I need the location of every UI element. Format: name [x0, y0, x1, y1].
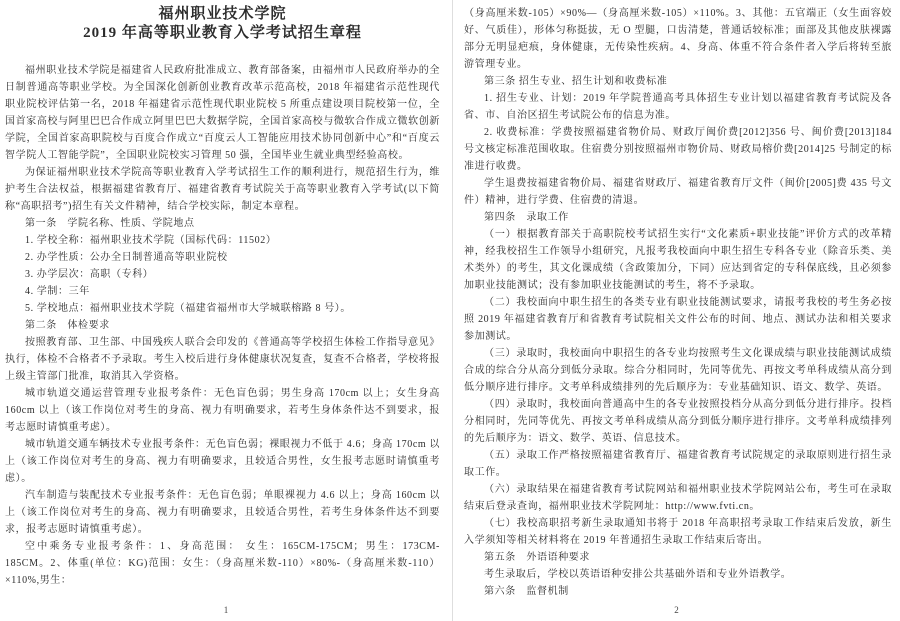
paragraph: 为保证福州职业技术学院高等职业教育入学考试招生工作的顺利进行，规范招生行为，维护…: [5, 164, 440, 215]
paragraph: （七）我校高职招考新生录取通知书将于 2018 年高职招考录取工作结束后发放，新…: [464, 515, 892, 549]
paragraph: 福州职业技术学院是福建省人民政府批准成立、教育部备案，由福州市人民政府举办的全日…: [5, 62, 440, 164]
page-2-number: 2: [453, 605, 900, 615]
paragraph: 按照教育部、卫生部、中国残疾人联合会印发的《普通高等学校招生体检工作指导意见》执…: [5, 334, 440, 385]
paragraph: 5. 学校地点：福州职业技术学院（福建省福州市大学城联榕路 8 号）。: [5, 300, 440, 317]
document-title-line2: 2019 年高等职业教育入学考试招生章程: [5, 24, 440, 43]
paragraph: 考生录取后，学校以英语语种安排公共基础外语和专业外语教学。: [464, 566, 892, 583]
page-1: 福州职业技术学院 2019 年高等职业教育入学考试招生章程 福州职业技术学院是福…: [0, 0, 452, 621]
paragraph: 第六条 监督机制: [464, 583, 892, 600]
paragraph: 城市轨道交通车辆技术专业报考条件：无色盲色弱；裸眼视力不低于 4.6；身高 17…: [5, 436, 440, 487]
paragraph: 第五条 外语语种要求: [464, 549, 892, 566]
paragraph: 4. 学制：三年: [5, 283, 440, 300]
paragraph: 第四条 录取工作: [464, 209, 892, 226]
paragraph: 3. 办学层次：高职（专科）: [5, 266, 440, 283]
paragraph: 第一条 学院名称、性质、学院地点: [5, 215, 440, 232]
paragraph: 学生退费按福建省物价局、福建省财政厅、福建省教育厅文件（闽价[2005]费 43…: [464, 175, 892, 209]
paragraph: （身高厘米数-105）×90%—（身高厘米数-105）×110%。3、其他：五官…: [464, 5, 892, 73]
paragraph: （三）录取时，我校面向中职招生的各专业均按照考生文化课成绩与职业技能测试成绩合成…: [464, 345, 892, 396]
paragraph: 空中乘务专业报考条件：1、身高范围： 女生：165CM-175CM；男生：173…: [5, 538, 440, 589]
paragraph: 汽车制造与装配技术专业报考条件：无色盲色弱；单眼裸视力 4.6 以上；身高 16…: [5, 487, 440, 538]
document-title-line1: 福州职业技术学院: [5, 5, 440, 24]
paragraph: 第三条 招生专业、招生计划和收费标准: [464, 73, 892, 90]
page-2-body: （身高厘米数-105）×90%—（身高厘米数-105）×110%。3、其他：五官…: [464, 5, 892, 600]
paragraph: （一）根据教育部关于高职院校考试招生实行“文化素质+职业技能”评价方式的改革精神…: [464, 226, 892, 294]
page-1-body: 福州职业技术学院是福建省人民政府批准成立、教育部备案，由福州市人民政府举办的全日…: [5, 62, 440, 589]
paragraph: 1. 招生专业、计划：2019 年学院普通高考具体招生专业计划以福建省教育考试院…: [464, 90, 892, 124]
document-canvas: 福州职业技术学院 2019 年高等职业教育入学考试招生章程 福州职业技术学院是福…: [0, 0, 900, 621]
paragraph: 第二条 体检要求: [5, 317, 440, 334]
paragraph: （二）我校面向中职生招生的各类专业有职业技能测试要求，请报考我校的考生务必按照 …: [464, 294, 892, 345]
paragraph: 1. 学校全称：福州职业技术学院（国标代码：11502）: [5, 232, 440, 249]
paragraph: 城市轨道交通运营管理专业报考条件：无色盲色弱；男生身高 170cm 以上；女生身…: [5, 385, 440, 436]
paragraph: （六）录取结果在福建省教育考试院网站和福州职业技术学院网站公布，考生可在录取结束…: [464, 481, 892, 515]
paragraph: （五）录取工作严格按照福建省教育厅、福建省教育考试院规定的录取原则进行招生录取工…: [464, 447, 892, 481]
paragraph: （四）录取时，我校面向普通高中生的各专业按照投档分从高分到低分进行排序。投档分相…: [464, 396, 892, 447]
page-2: （身高厘米数-105）×90%—（身高厘米数-105）×110%。3、其他：五官…: [453, 0, 900, 621]
paragraph: 2. 办学性质：公办全日制普通高等职业院校: [5, 249, 440, 266]
page-1-number: 1: [0, 605, 452, 615]
paragraph: 2. 收费标准：学费按照福建省物价局、财政厅闽价费[2012]356 号、闽价费…: [464, 124, 892, 175]
